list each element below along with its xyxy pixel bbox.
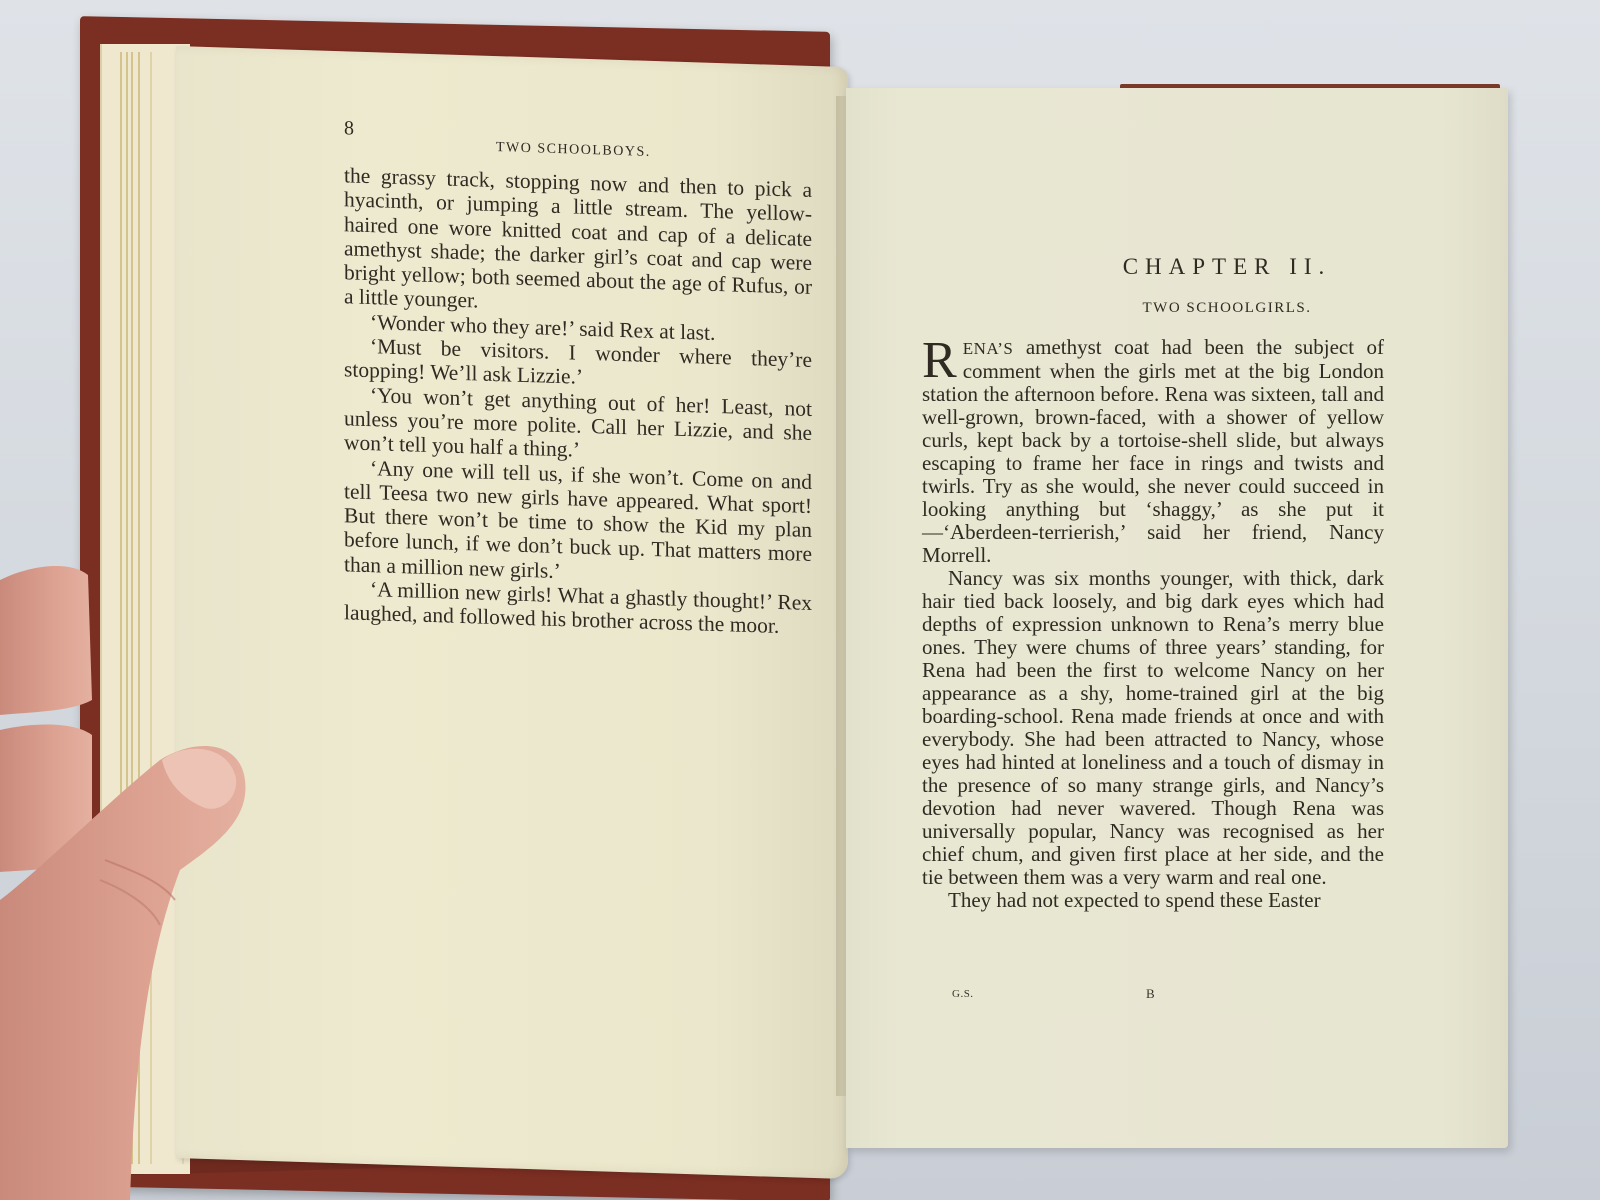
page-edge-line: [131, 52, 133, 1164]
drop-cap: R: [922, 340, 957, 382]
right-page[interactable]: CHAPTER II. TWO SCHOOLGIRLS. RENA’S amet…: [846, 88, 1508, 1148]
page-number: 8: [344, 117, 354, 140]
left-page[interactable]: 8 TWO SCHOOLBOYS. the grassy track, stop…: [176, 46, 848, 1179]
chapter-title: CHAPTER II.: [846, 254, 1508, 280]
page-edge-line: [138, 52, 140, 1164]
opening-smallcaps: ENA’S: [963, 339, 1014, 358]
page-edge-line: [150, 52, 152, 1164]
signature-letter: B: [1146, 986, 1155, 1002]
right-page-body: RENA’S amethyst coat had been the subjec…: [922, 336, 1384, 912]
paragraph: Nancy was six months younger, with thick…: [922, 567, 1384, 889]
left-page-body: the grassy track, stopping now and then …: [344, 163, 812, 639]
page-edge-line: [120, 52, 122, 1164]
chapter-subtitle: TWO SCHOOLGIRLS.: [846, 300, 1508, 317]
page-edge-line: [126, 52, 128, 1164]
paragraph: ‘You won’t get anything out of her! Leas…: [344, 382, 812, 470]
paragraph: ‘Any one will tell us, if she won’t. Com…: [344, 455, 812, 591]
opening-paragraph: RENA’S amethyst coat had been the subjec…: [922, 336, 1384, 567]
running-head: TWO SCHOOLBOYS.: [496, 140, 651, 161]
paragraph: They had not expected to spend these Eas…: [922, 889, 1384, 912]
paragraph-text: amethyst coat had been the subject of co…: [922, 335, 1384, 567]
signature-mark: G.S.: [952, 988, 974, 1000]
paragraph: the grassy track, stopping now and then …: [344, 163, 812, 323]
